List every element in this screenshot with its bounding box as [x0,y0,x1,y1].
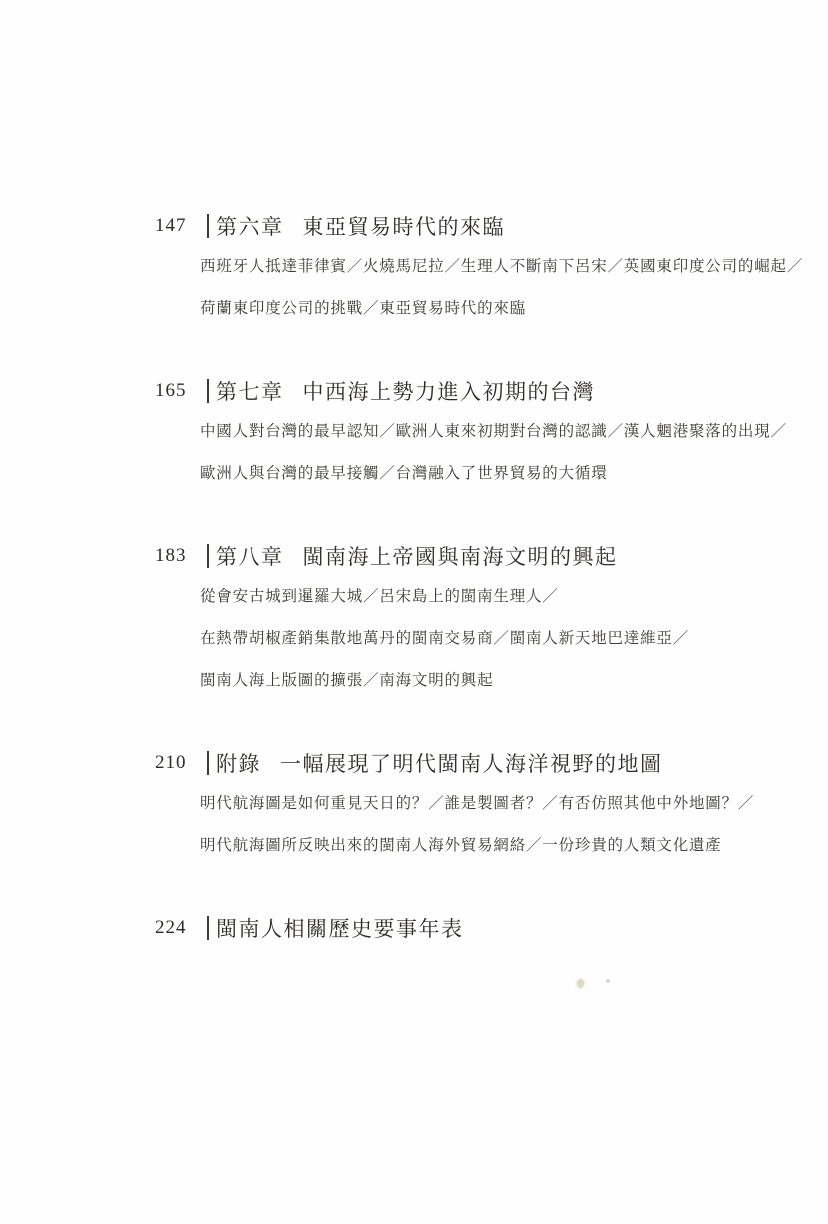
subtopic-line: 閩南人海上版圖的擴張／南海文明的興起 [200,660,755,702]
chapter-label: 第六章 [216,211,284,241]
toc-entry-heading: 165 第七章 中西海上勢力進入初期的台灣 [155,376,755,406]
subtopic-line: 荷蘭東印度公司的挑戰／東亞貿易時代的來臨 [200,288,755,330]
subtopic-line: 西班牙人抵達菲律賓／火燒馬尼拉／生理人不斷南下呂宋／英國東印度公司的崛起／ [200,246,755,288]
subtopic-line: 從會安古城到暹羅大城／呂宋島上的閩南生理人／ [200,576,755,618]
chapter-subtopics: 從會安古城到暹羅大城／呂宋島上的閩南生理人／ 在熱帶胡椒產銷集散地萬丹的閩南交易… [200,576,755,702]
subtopic-line: 明代航海圖所反映出來的閩南人海外貿易網絡／一份珍貴的人類文化遺產 [200,825,755,867]
toc-entry: 147 第六章 東亞貿易時代的來臨 西班牙人抵達菲律賓／火燒馬尼拉／生理人不斷南… [155,211,755,330]
subtopic-line: 在熱帶胡椒產銷集散地萬丹的閩南交易商／閩南人新天地巴達維亞／ [200,618,755,660]
chapter-label: 第八章 [216,541,284,571]
subtopic-line: 明代航海圖是如何重見天日的？／誰是製圖者？／有否仿照其他中外地圖？／ [200,783,755,825]
toc-entry-heading: 210 附錄 一幅展現了明代閩南人海洋視野的地圖 [155,748,755,778]
divider-bar [207,214,209,238]
subtopic-line: 中國人對台灣的最早認知／歐洲人東來初期對台灣的認識／漢人魍港聚落的出現／ [200,411,755,453]
toc-entry: 165 第七章 中西海上勢力進入初期的台灣 中國人對台灣的最早認知／歐洲人東來初… [155,376,755,495]
chapter-title: 一幅展現了明代閩南人海洋視野的地圖 [280,748,663,778]
toc-entry-heading: 147 第六章 東亞貿易時代的來臨 [155,211,755,241]
chapter-subtopics: 明代航海圖是如何重見天日的？／誰是製圖者？／有否仿照其他中外地圖？／ 明代航海圖… [200,783,755,867]
toc-entry: 224 閩南人相關歷史要事年表 [155,913,755,943]
chapter-title: 閩南海上帝國與南海文明的興起 [303,541,618,571]
table-of-contents: 147 第六章 東亞貿易時代的來臨 西班牙人抵達菲律賓／火燒馬尼拉／生理人不斷南… [155,211,755,989]
chapter-label: 附錄 [216,748,261,778]
chapter-title: 中西海上勢力進入初期的台灣 [303,376,596,406]
divider-bar [207,916,209,940]
divider-bar [207,379,209,403]
chapter-subtopics: 西班牙人抵達菲律賓／火燒馬尼拉／生理人不斷南下呂宋／英國東印度公司的崛起／ 荷蘭… [200,246,755,330]
chapter-title: 閩南人相關歷史要事年表 [216,913,464,943]
chapter-label: 第七章 [216,376,284,406]
page-number: 183 [155,545,193,567]
toc-entry: 183 第八章 閩南海上帝國與南海文明的興起 從會安古城到暹羅大城／呂宋島上的閩… [155,541,755,702]
toc-entry: 210 附錄 一幅展現了明代閩南人海洋視野的地圖 明代航海圖是如何重見天日的？／… [155,748,755,867]
chapter-title: 東亞貿易時代的來臨 [303,211,506,241]
toc-entry-heading: 183 第八章 閩南海上帝國與南海文明的興起 [155,541,755,571]
chapter-subtopics: 中國人對台灣的最早認知／歐洲人東來初期對台灣的認識／漢人魍港聚落的出現／ 歐洲人… [200,411,755,495]
subtopic-line: 歐洲人與台灣的最早接觸／台灣融入了世界貿易的大循環 [200,453,755,495]
divider-bar [207,544,209,568]
scan-speck [606,979,610,983]
book-toc-page: 147 第六章 東亞貿易時代的來臨 西班牙人抵達菲律賓／火燒馬尼拉／生理人不斷南… [0,0,828,1224]
page-number: 147 [155,215,193,237]
toc-entry-heading: 224 閩南人相關歷史要事年表 [155,913,755,943]
divider-bar [207,751,209,775]
page-number: 210 [155,752,193,774]
page-number: 165 [155,380,193,402]
scan-speck [577,979,584,988]
page-number: 224 [155,917,193,939]
